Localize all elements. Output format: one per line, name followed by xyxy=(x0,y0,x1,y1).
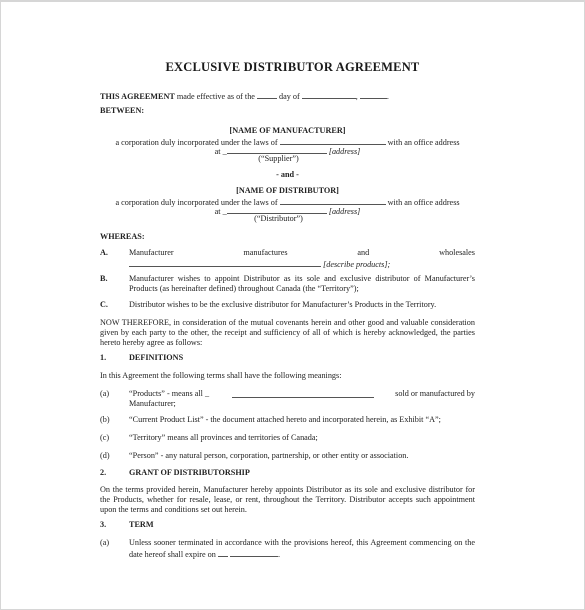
manufacturer-jurisdiction-blank[interactable] xyxy=(280,136,386,145)
distributor-alias: (“Distributor”) xyxy=(91,214,466,224)
manufacturer-address-blank[interactable] xyxy=(227,145,327,154)
now-therefore-paragraph: NOW THEREFORE, in consideration of the m… xyxy=(100,318,475,348)
products-description-blank[interactable] xyxy=(129,258,321,267)
products-blank[interactable] xyxy=(232,389,374,398)
manufacturer-alias: (“Supplier”) xyxy=(91,154,466,164)
distributor-name: [NAME OF DISTRIBUTOR] xyxy=(100,186,475,196)
distributor-jurisdiction-blank[interactable] xyxy=(280,196,386,205)
agreement-intro: THIS AGREEMENT made effective as of the … xyxy=(100,90,389,102)
between-heading: BETWEEN: xyxy=(100,106,144,116)
document-title: EXCLUSIVE DISTRIBUTOR AGREEMENT xyxy=(1,62,584,72)
distributor-address-blank[interactable] xyxy=(227,205,327,214)
day-blank[interactable] xyxy=(257,90,277,99)
document-page: EXCLUSIVE DISTRIBUTOR AGREEMENT THIS AGR… xyxy=(0,0,585,610)
whereas-heading: WHEREAS: xyxy=(100,232,145,242)
expiry-day-blank[interactable] xyxy=(218,548,228,557)
year-blank[interactable] xyxy=(360,90,387,99)
manufacturer-name: [NAME OF MANUFACTURER] xyxy=(100,126,475,136)
and-separator: - and - xyxy=(100,170,475,180)
definitions-intro: In this Agreement the following terms sh… xyxy=(100,371,341,381)
month-blank[interactable] xyxy=(302,90,356,99)
expiry-date-blank[interactable] xyxy=(230,548,278,557)
grant-paragraph: On the terms provided herein, Manufactur… xyxy=(100,485,475,515)
